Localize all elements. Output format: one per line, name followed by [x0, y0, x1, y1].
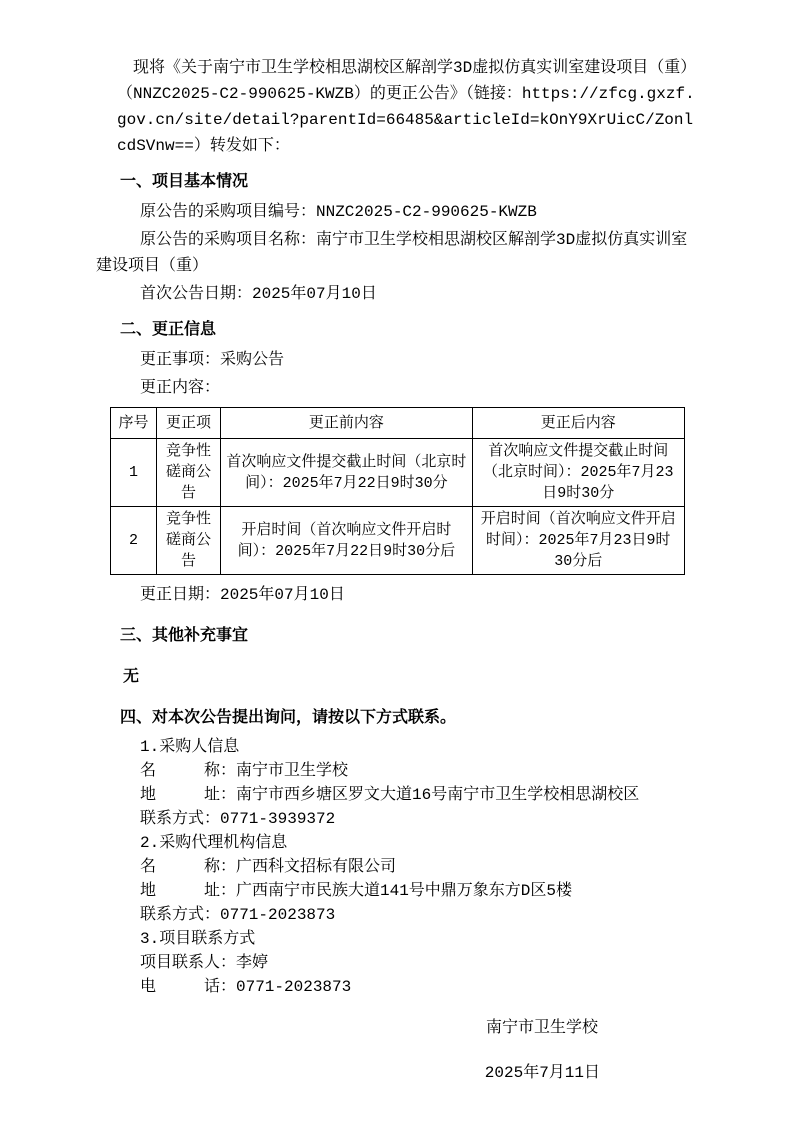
project-contact-person: 项目联系人：李婷 [118, 951, 698, 975]
intro-text-suffix: ）转发如下： [194, 137, 290, 155]
intro-paragraph: 现将《关于南宁市卫生学校相思湖校区解剖学3D虚拟仿真实训室建设项目（重）（NNZ… [117, 55, 698, 159]
row1-seq: 1 [111, 439, 157, 507]
signature-date: 2025年7月11日 [96, 1061, 698, 1085]
agency-title: 2.采购代理机构信息 [118, 831, 698, 855]
purchaser-title: 1.采购人信息 [118, 735, 698, 759]
correction-content-label: 更正内容： [96, 375, 698, 401]
agency-address: 地 址：广西南宁市民族大道141号中鼎万象东方D区5楼 [118, 879, 698, 903]
row2-correction-item: 竞争性磋商公告 [156, 507, 220, 575]
table-row: 1 竞争性磋商公告 首次响应文件提交截止时间（北京时间）：2025年7月22日9… [111, 439, 685, 507]
signature-org: 南宁市卫生学校 [96, 1016, 698, 1040]
header-content-after: 更正后内容 [472, 408, 684, 439]
first-announce-date: 首次公告日期：2025年07月10日 [96, 281, 698, 307]
purchaser-name: 名 称：南宁市卫生学校 [118, 759, 698, 783]
section2-heading: 二、更正信息 [120, 317, 698, 343]
row1-correction-item: 竞争性磋商公告 [156, 439, 220, 507]
agency-contact: 联系方式：0771-2023873 [118, 903, 698, 927]
project-contact-title: 3.项目联系方式 [118, 927, 698, 951]
row2-seq: 2 [111, 507, 157, 575]
correction-table: 序号 更正项 更正前内容 更正后内容 1 竞争性磋商公告 首次响应文件提交截止时… [110, 407, 685, 575]
row2-content-after: 开启时间（首次响应文件开启时间）：2025年7月23日9时30分后 [472, 507, 684, 575]
original-project-number: 原公告的采购项目编号：NNZC2025-C2-990625-KWZB [96, 199, 698, 225]
correction-table-header-row: 序号 更正项 更正前内容 更正后内容 [111, 408, 685, 439]
agency-name: 名 称：广西科文招标有限公司 [118, 855, 698, 879]
document-page: 现将《关于南宁市卫生学校相思湖校区解剖学3D虚拟仿真实训室建设项目（重）（NNZ… [0, 0, 794, 1129]
row1-content-before: 首次响应文件提交截止时间（北京时间）：2025年7月22日9时30分 [221, 439, 472, 507]
purchaser-address: 地 址：南宁市西乡塘区罗文大道16号南宁市卫生学校相思湖校区 [118, 783, 698, 807]
section3-heading: 三、其他补充事宜 [120, 623, 698, 649]
row2-content-before: 开启时间（首次响应文件开启时间）：2025年7月22日9时30分后 [221, 507, 472, 575]
section3-content: 无 [123, 664, 698, 690]
header-seq: 序号 [111, 408, 157, 439]
header-content-before: 更正前内容 [221, 408, 472, 439]
correction-item-line: 更正事项：采购公告 [96, 347, 698, 373]
row1-content-after: 首次响应文件提交截止时间（北京时间）：2025年7月23日9时30分 [472, 439, 684, 507]
correction-date-line: 更正日期：2025年07月10日 [96, 582, 698, 608]
section1-heading: 一、项目基本情况 [120, 169, 698, 195]
section4-heading: 四、对本次公告提出询问，请按以下方式联系。 [120, 705, 698, 731]
original-project-name: 原公告的采购项目名称：南宁市卫生学校相思湖校区解剖学3D虚拟仿真实训室建设项目（… [96, 227, 698, 279]
table-row: 2 竞争性磋商公告 开启时间（首次响应文件开启时间）：2025年7月22日9时3… [111, 507, 685, 575]
header-correction-item: 更正项 [156, 408, 220, 439]
project-contact-phone: 电 话：0771-2023873 [118, 975, 698, 999]
purchaser-contact: 联系方式：0771-3939372 [118, 807, 698, 831]
